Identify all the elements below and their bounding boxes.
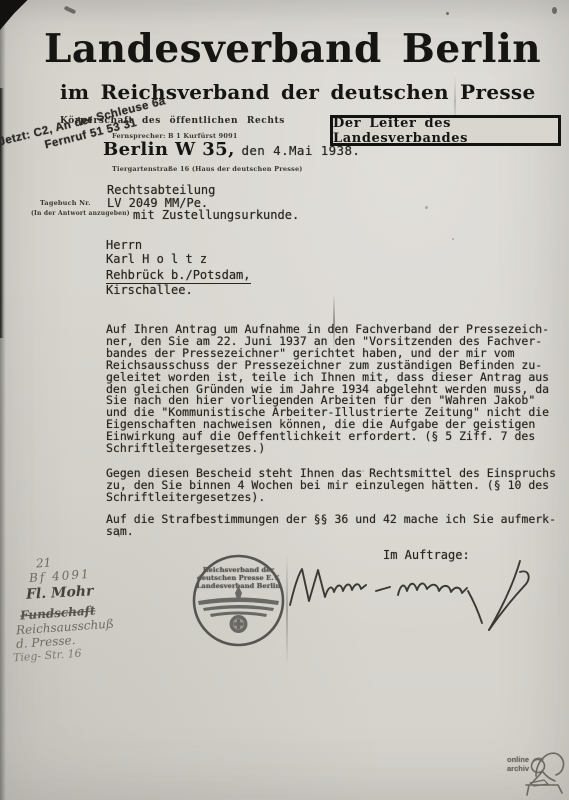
diary-number-label: Tagebuch Nr.	[40, 199, 91, 207]
scan-artifact-speck	[552, 7, 557, 14]
marginalia-note-3: Fl. Mohr	[26, 583, 94, 603]
marginalia-note-1: 21	[36, 555, 52, 570]
seal-text-line2: deutschen Presse E.V.	[191, 574, 286, 582]
official-seal-stamp: Reichsverband der deutschen Presse E.V. …	[191, 553, 286, 648]
scan-artifact-left-edge-dark	[0, 88, 4, 338]
recipient-locality: Kirschallee.	[106, 284, 251, 298]
recipient-street: Rehbrück b./Potsdam,	[106, 269, 251, 284]
recipient-block: Herrn Karl H o l t z Rehbrück b./Potsdam…	[106, 239, 251, 297]
recipient-name: Karl H o l t z	[106, 253, 251, 267]
marginalia-note-2: Bf 4091	[29, 567, 91, 585]
recipient-salutation: Herrn	[106, 239, 251, 253]
department-line: Rechtsabteilung	[107, 183, 215, 197]
scanned-letter-page: Landesverband Berlin im Reichsverband de…	[0, 0, 569, 800]
street-line: Tiergartenstraße 16 (Haus der deutschen …	[112, 165, 303, 173]
scan-artifact-corner-blob	[0, 0, 50, 30]
leader-box: Der Leiter des Landesverbandes	[330, 115, 561, 146]
scan-artifact-speck	[446, 12, 449, 15]
body-paragraph-1: Auf Ihren Antrag um Aufnahme in den Fach…	[106, 324, 558, 455]
seal-text-line1: Reichsverband der	[191, 566, 286, 574]
scan-artifact-speck	[64, 6, 77, 15]
body-paragraph-2: Gegen diesen Bescheid steht Ihnen das Re…	[106, 468, 558, 504]
delivery-note: mit Zustellungsurkunde.	[133, 208, 299, 222]
city-date-line: Berlin W 35, den 4.Mai 1938.	[103, 139, 360, 160]
scan-artifact-speck	[425, 206, 428, 209]
scribe-icon	[522, 742, 568, 798]
seal-text-line3: Landesverband Berlin	[191, 582, 286, 590]
scan-artifact-speck	[452, 238, 454, 240]
signature-wimmer-marquardt	[284, 553, 542, 635]
org-subtitle-text: im Reichsverband der deutschen Presse	[60, 80, 536, 104]
date-label: den 4.Mai 1938.	[241, 143, 360, 158]
body-paragraph-3: Auf die Strafbestimmungen der §§ 36 und …	[106, 514, 558, 538]
org-title: Landesverband Berlin	[44, 30, 541, 69]
diary-number-note: (In der Antwort anzugeben)	[31, 210, 130, 217]
city-label: Berlin W 35,	[103, 139, 235, 160]
